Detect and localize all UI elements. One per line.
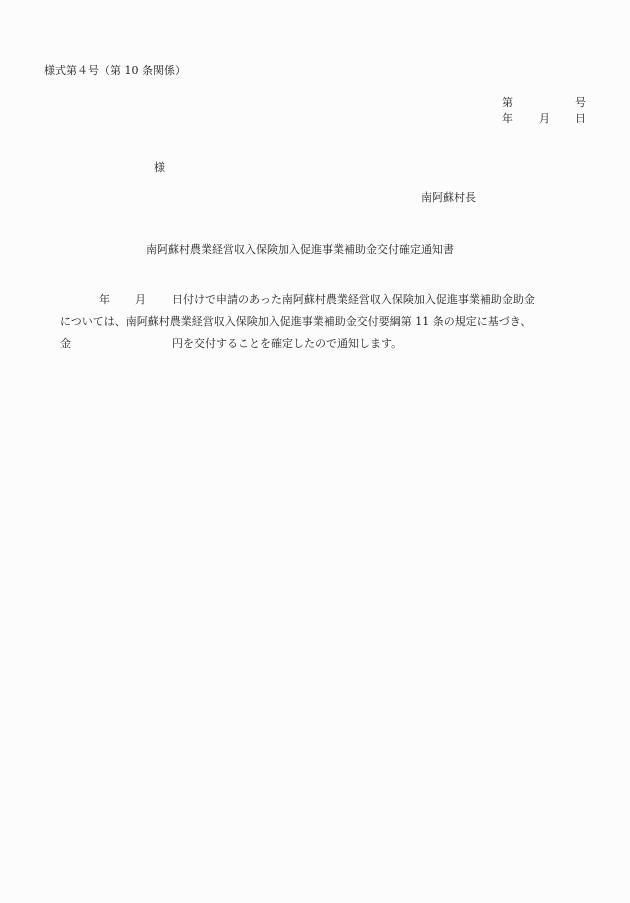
issuer: 南阿蘇村長: [421, 191, 476, 205]
document-title: 南阿蘇村農業経営収入保険加入促進事業補助金交付確定通知書: [146, 243, 454, 257]
body-line-3: 金 円を交付することを確定したので通知します。: [60, 337, 600, 351]
form-number: 様式第４号（第 10 条関係）: [44, 64, 186, 78]
body-line-2: については、南阿蘇村農業経営収入保険加入促進事業補助金交付要綱第 11 条の規定…: [60, 315, 531, 329]
addressee: 様: [154, 161, 165, 175]
body-line-1: 年 月 日付けで申請のあった南阿蘇村農業経営収入保険加入促進事業補助金助金: [60, 293, 600, 307]
amount-prefix: 金: [60, 337, 71, 351]
reference-date: 年 月 日: [502, 112, 586, 126]
body-line-3-text: 円を交付することを確定したので通知します。: [172, 337, 402, 351]
body-line-1-text: 日付けで申請のあった南阿蘇村農業経営収入保険加入促進事業補助金助金: [172, 293, 535, 307]
body-year: 年: [99, 293, 110, 307]
date-year: 年: [502, 112, 513, 126]
reference-number-suffix: 号: [575, 96, 586, 110]
date-month: 月: [539, 112, 550, 126]
body-month: 月: [135, 293, 146, 307]
date-day: 日: [575, 112, 586, 126]
reference-number-prefix: 第: [502, 96, 513, 110]
reference-number: 第 号: [502, 96, 586, 110]
